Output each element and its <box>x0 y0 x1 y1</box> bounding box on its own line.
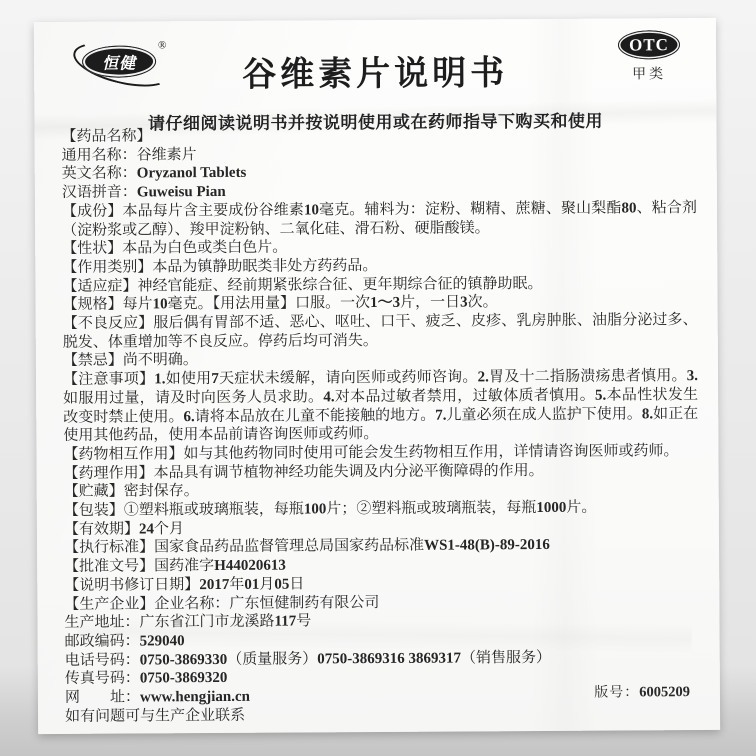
paragraph-number-run: 529040 <box>140 633 185 649</box>
paragraph-number-run: 0750-3869316 3869317 <box>317 650 461 667</box>
paragraph-number-run: WS1-48(B)-89-2016 <box>424 537 550 554</box>
paragraph-number-run: 4. <box>323 389 334 405</box>
paragraph-text-run: （质量服务） <box>227 651 317 668</box>
leaflet-paragraph: 如有问题可与生产企业联系 <box>65 704 700 727</box>
paragraph-number-run: 2. <box>478 369 489 385</box>
paragraph-text-run: 【禁忌】尚不明确。 <box>63 353 198 370</box>
paragraph-number-run: 7 <box>211 371 219 387</box>
paragraph-text-run: 生产地址：广东省江门市龙溪路 <box>64 614 274 631</box>
paragraph-text-run: 【贮藏】密封保存。 <box>64 483 199 500</box>
paragraph-text-run: （销售服务） <box>461 650 551 667</box>
paragraph-text-run: 【规格】每片 <box>63 297 153 314</box>
paragraph-text-run: 【性状】本品为白色或类白色片。 <box>62 240 287 257</box>
paragraph-number-run: 0750-3869320 <box>140 670 228 687</box>
leaflet-paragraph: 【成份】本品每片含主要成份谷维素10毫克。辅料为：淀粉、糊精、蔗糖、聚山梨酯80… <box>62 199 697 240</box>
paragraph-text-run: 【批准文号】国药准字 <box>64 558 214 575</box>
paragraph-number-run: 117 <box>274 614 296 630</box>
paragraph-text-run: 【药物相互作用】如与其他药物同时使用可能会发生药物相互作用，详情请咨询医师或药师… <box>63 443 678 463</box>
paragraph-text-run: 天症状未缓解，请向医师或药师咨询。 <box>219 370 478 388</box>
paragraph-text-run: 【包装】①塑料瓶或玻璃瓶装，每瓶 <box>64 502 304 519</box>
paragraph-text-run: 片，一日 <box>400 295 460 311</box>
paragraph-text-run: 儿童必须在成人监护下使用。 <box>446 406 642 423</box>
paragraph-number-run: 5. <box>595 387 606 403</box>
paragraph-text-run: 毫克。辅料为：淀粉、糊精、蔗糖、聚山梨酯 <box>319 200 622 218</box>
paragraph-number-run: www.hengjian.cn <box>140 689 250 706</box>
paragraph-text-run: 【注意事项】 <box>63 372 154 389</box>
paragraph-number-run: 0750-3869330 <box>140 652 228 669</box>
otc-badge: OTC 甲类 <box>610 30 688 83</box>
paragraph-text-run: 【作用类别】本品为镇静助眠类非处方药药品。 <box>62 258 377 276</box>
paragraph-number-run: 3. <box>687 368 698 384</box>
paragraph-text-run: 汉语拼音： <box>62 185 137 201</box>
paragraph-text-run: 片；②塑料瓶或玻璃瓶装，每瓶 <box>326 500 536 517</box>
paragraph-number-run: 8. <box>642 406 653 422</box>
otc-category: 甲类 <box>610 63 688 83</box>
paragraph-text-run: 网 址： <box>65 690 140 706</box>
paragraph-number-run: 100 <box>304 501 327 517</box>
paragraph-number-run: Oryzanol Tablets <box>137 165 247 182</box>
paragraph-text-run: 请将本品放在儿童不能接触的地方。 <box>195 407 436 424</box>
paragraph-number-run: 2017 <box>199 577 229 593</box>
paragraph-text-run: 【不良反应】服后偶有胃部不适、恶心、呕吐、口干、疲乏、皮疹、乳房肿胀、油脂分泌过… <box>63 312 698 351</box>
paragraph-text-run: 次。 <box>468 295 498 311</box>
paragraph-text-run: 如使用 <box>165 371 211 387</box>
paragraph-text-run: 胃及十二指肠溃疡患者慎用。 <box>489 368 687 385</box>
paragraph-number-run: 1～3 <box>370 295 400 311</box>
paragraph-text-run: 如有问题可与生产企业联系 <box>65 708 245 725</box>
paragraph-text-run: 个月 <box>154 521 184 537</box>
paragraph-number-run: 3 <box>460 295 468 311</box>
paragraph-text-run: 电话号码： <box>65 652 140 668</box>
edition-label: 版号： <box>594 685 639 700</box>
paragraph-text-run: 【适应症】神经官能症、经前期紧张综合征、更年期综合征的镇静助眠。 <box>62 276 542 295</box>
paragraph-number-run: 6. <box>183 409 194 425</box>
paragraph-number-run: 10 <box>304 202 319 218</box>
leaflet-body: 【药品名称】通用名称：谷维素片英文名称：Oryzanol Tablets汉语拼音… <box>34 121 720 727</box>
paragraph-number-run: 24 <box>139 521 154 537</box>
leaflet-paper: 恒健 ® 谷维素片说明书 OTC 甲类 请仔细阅读说明书并按说明使用或在药师指导… <box>34 18 720 734</box>
paragraph-text-run: 如服用过量，请及时向医务人员求助。 <box>63 389 323 407</box>
paragraph-number-run: 1000 <box>536 500 566 516</box>
paragraph-number-run: 01 <box>244 577 259 593</box>
leaflet-header: 恒健 ® 谷维素片说明书 OTC 甲类 请仔细阅读说明书并按说明使用或在药师指导… <box>34 18 717 125</box>
paragraph-text-run: 【药理作用】本品具有调节植物神经功能失调及内分泌平衡障碍的作用。 <box>64 463 544 482</box>
registered-trademark-icon: ® <box>158 39 166 51</box>
paragraph-text-run: 【说明书修订日期】 <box>64 577 199 594</box>
paragraph-text-run: 年 <box>229 577 244 593</box>
paragraph-number-run: 05 <box>274 576 289 592</box>
paragraph-number-run: 80 <box>621 200 636 216</box>
paragraph-text-run: 传真号码： <box>65 671 140 687</box>
brand-logo-text: 恒健 <box>102 50 136 73</box>
edition-value: 6005209 <box>639 684 690 700</box>
paragraph-text-run: 邮政编码： <box>65 633 140 649</box>
leaflet-paragraph: 【注意事项】1.如使用7天症状未缓解，请向医师或药师咨询。2.胃及十二指肠溃疡患… <box>63 367 698 446</box>
paragraph-text-run: 【生产企业】企业名称：广东恒健制药有限公司 <box>64 595 379 613</box>
paragraph-text-run: 号 <box>296 614 311 630</box>
paragraph-text-run: 毫克。【用法用量】口服。一次 <box>168 295 371 312</box>
paragraph-number-run: 7. <box>435 407 446 423</box>
paragraph-text-run: 【执行标准】国家食品药品监督管理总局国家药品标准 <box>64 538 424 556</box>
paragraph-text-run: 【有效期】 <box>64 521 139 537</box>
paragraph-text-run: 英文名称： <box>62 166 137 182</box>
paragraph-text-run: 【成份】本品每片含主要成份谷维素 <box>62 202 304 219</box>
leaflet-paragraph: 【药物相互作用】如与其他药物同时使用可能会发生药物相互作用，详情请咨询医师或药师… <box>63 442 698 465</box>
edition-number: 版号：6005209 <box>594 681 690 702</box>
paragraph-number-run: Guweisu Pian <box>137 184 226 201</box>
paragraph-text-run: 日 <box>289 576 304 592</box>
otc-label: OTC <box>618 30 680 59</box>
brand-logo: 恒健 ® <box>74 41 178 88</box>
paragraph-number-run: 10 <box>153 297 168 313</box>
paragraph-number-run: 1. <box>154 371 165 387</box>
paragraph-text-run: 月 <box>259 577 274 593</box>
paragraph-text-run: 通用名称：谷维素片 <box>62 147 197 164</box>
leaflet-paragraph: 【不良反应】服后偶有胃部不适、恶心、呕吐、口干、疲乏、皮疹、乳房肿胀、油脂分泌过… <box>63 311 698 352</box>
usage-notice: 请仔细阅读说明书并按说明使用或在药师指导下购买和使用 <box>34 106 716 135</box>
paragraph-text-run: 对本品过敏者禁用，过敏体质者慎用。 <box>335 388 596 406</box>
paragraph-text-run: 片。 <box>566 500 596 516</box>
photo-background: { "colors": { "ink": "#262626", "paper":… <box>0 0 756 756</box>
paragraph-number-run: H44020613 <box>214 558 286 574</box>
